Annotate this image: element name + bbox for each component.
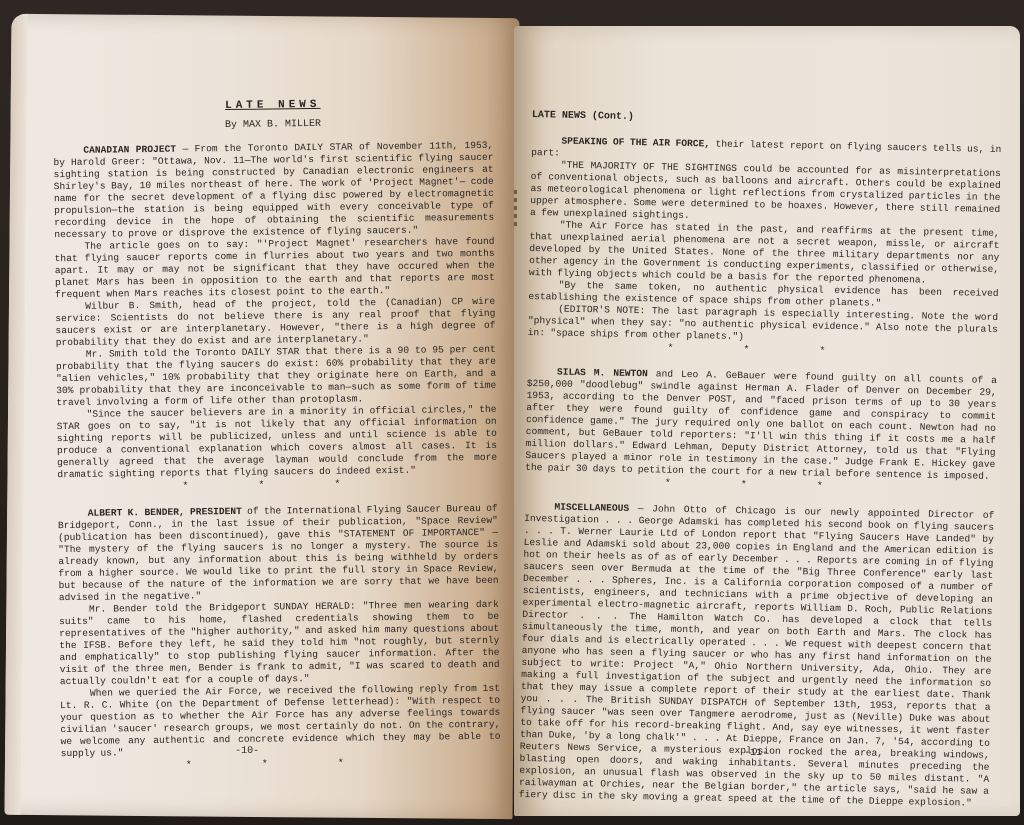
paragraph-newton: SILAS M. NEWTON and Leo A. GeBauer were … bbox=[525, 366, 997, 483]
page-number: -10- bbox=[235, 746, 259, 757]
paragraph: Mr. Smith told the Toronto DAILY STAR th… bbox=[56, 344, 497, 409]
binding-thread bbox=[514, 190, 517, 230]
paragraph-miscellaneous: MISCELLANEOUS — John Otto of Chicago is … bbox=[519, 501, 995, 810]
article-title: LATE NEWS bbox=[53, 97, 493, 114]
paragraph: The article goes on to say: "'Project Ma… bbox=[54, 236, 495, 301]
left-page-content: LATE NEWS By MAX B. MILLER CANADIAN PROJ… bbox=[53, 97, 501, 787]
right-page-content: LATE NEWS (Cont.) SPEAKING OF THE AIR FO… bbox=[519, 110, 1002, 810]
editors-note: (EDITOR'S NOTE: The last paragraph is es… bbox=[528, 303, 999, 348]
paragraph: Wilbur B. Smith, head of the project, to… bbox=[55, 296, 496, 349]
right-page: LATE NEWS (Cont.) SPEAKING OF THE AIR FO… bbox=[514, 26, 1020, 816]
paragraph-bender: ALBERT K. BENDER, PRESIDENT of the Inter… bbox=[58, 503, 499, 604]
paragraph: "THE MAJORITY OF THE SIGHTINGS could be … bbox=[530, 159, 1001, 228]
left-page: LATE NEWS By MAX B. MILLER CANADIAN PROJ… bbox=[5, 14, 520, 819]
paragraph: Mr. Bender told the Bridgeport SUNDAY HE… bbox=[59, 599, 500, 688]
article-byline: By MAX B. MILLER bbox=[53, 117, 493, 133]
paragraph: "Since the saucer believers are in a min… bbox=[56, 404, 497, 481]
paragraph: When we queried the Air Force, we receiv… bbox=[60, 683, 501, 760]
running-head: LATE NEWS (Cont.) bbox=[532, 110, 1002, 130]
page-number: -11- bbox=[744, 748, 768, 759]
paragraph: "The Air Force has stated in the past, a… bbox=[529, 219, 1000, 288]
paragraph-canadian-project: CANADIAN PROJECT — From the Toronto DAIL… bbox=[53, 140, 494, 241]
